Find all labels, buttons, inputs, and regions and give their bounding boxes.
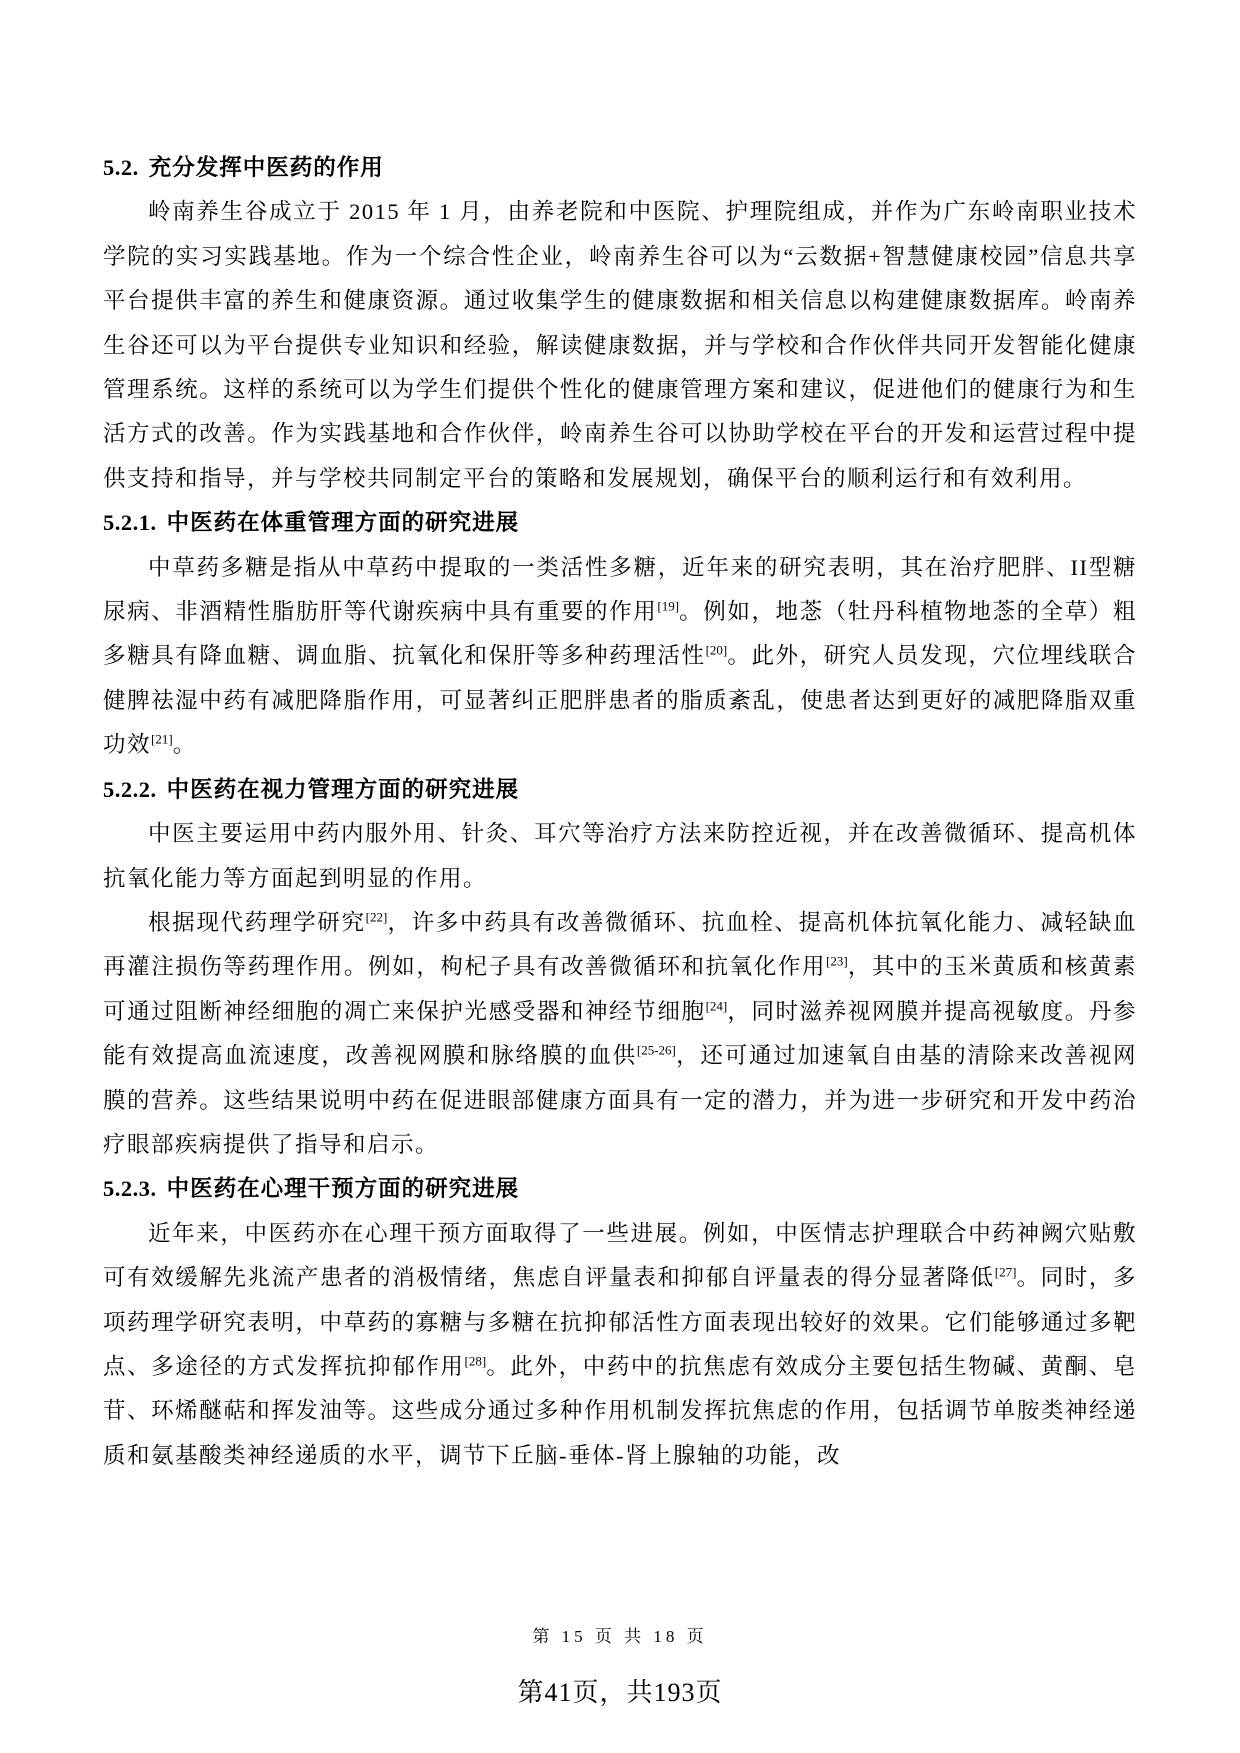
section-heading: 5.2.充分发挥中医药的作用	[103, 146, 1137, 190]
section-5-2-2: 5.2.2.中医药在视力管理方面的研究进展 中医主要运用中药内服外用、针灸、耳穴…	[103, 768, 1137, 1168]
paragraph: 中医主要运用中药内服外用、针灸、耳穴等治疗方法来防控近视，并在改善微循环、提高机…	[103, 812, 1137, 901]
paragraph: 岭南养生谷成立于 2015 年 1 月，由养老院和中医院、护理院组成，并作为广东…	[103, 190, 1137, 501]
heading-number: 5.2.1.	[103, 510, 157, 535]
heading-title: 中医药在视力管理方面的研究进展	[167, 777, 520, 802]
heading-number: 5.2.	[103, 155, 139, 180]
reference-superscript: [28]	[465, 1353, 487, 1368]
paragraph: 中草药多糖是指从中草药中提取的一类活性多糖，近年来的研究表明，其在治疗肥胖、II…	[103, 546, 1137, 768]
reference-superscript: [20]	[706, 643, 728, 658]
reference-superscript: [27]	[995, 1265, 1017, 1280]
heading-number: 5.2.2.	[103, 777, 157, 802]
section-5-2: 5.2.充分发挥中医药的作用 岭南养生谷成立于 2015 年 1 月，由养老院和…	[103, 146, 1137, 501]
page-number-footer: 第 15 页 共 18 页	[0, 1622, 1240, 1647]
reference-superscript: [23]	[826, 954, 848, 969]
document-page: 5.2.充分发挥中医药的作用 岭南养生谷成立于 2015 年 1 月，由养老院和…	[0, 0, 1240, 1753]
paragraph: 根据现代药理学研究[22]，许多中药具有改善微循环、抗血栓、提高机体抗氧化能力、…	[103, 901, 1137, 1167]
reference-superscript: [22]	[366, 909, 388, 924]
reference-superscript: [21]	[151, 732, 173, 747]
paragraph: 近年来，中医药亦在心理干预方面取得了一些进展。例如，中医情志护理联合中药神阙穴贴…	[103, 1212, 1137, 1478]
reference-superscript: [19]	[657, 599, 679, 614]
reference-superscript: [25-26]	[637, 1043, 676, 1058]
heading-title: 中医药在体重管理方面的研究进展	[167, 510, 520, 535]
reference-superscript: [24]	[706, 998, 728, 1013]
section-5-2-1: 5.2.1.中医药在体重管理方面的研究进展 中草药多糖是指从中草药中提取的一类活…	[103, 501, 1137, 767]
section-5-2-3: 5.2.3.中医药在心理干预方面的研究进展 近年来，中医药亦在心理干预方面取得了…	[103, 1167, 1137, 1478]
heading-title: 中医药在心理干预方面的研究进展	[167, 1176, 520, 1201]
heading-title: 充分发挥中医药的作用	[149, 155, 384, 180]
section-heading: 5.2.3.中医药在心理干预方面的研究进展	[103, 1167, 1137, 1211]
section-heading: 5.2.2.中医药在视力管理方面的研究进展	[103, 768, 1137, 812]
section-heading: 5.2.1.中医药在体重管理方面的研究进展	[103, 501, 1137, 545]
global-page-number-footer: 第41页，共193页	[0, 1672, 1240, 1709]
heading-number: 5.2.3.	[103, 1176, 157, 1201]
